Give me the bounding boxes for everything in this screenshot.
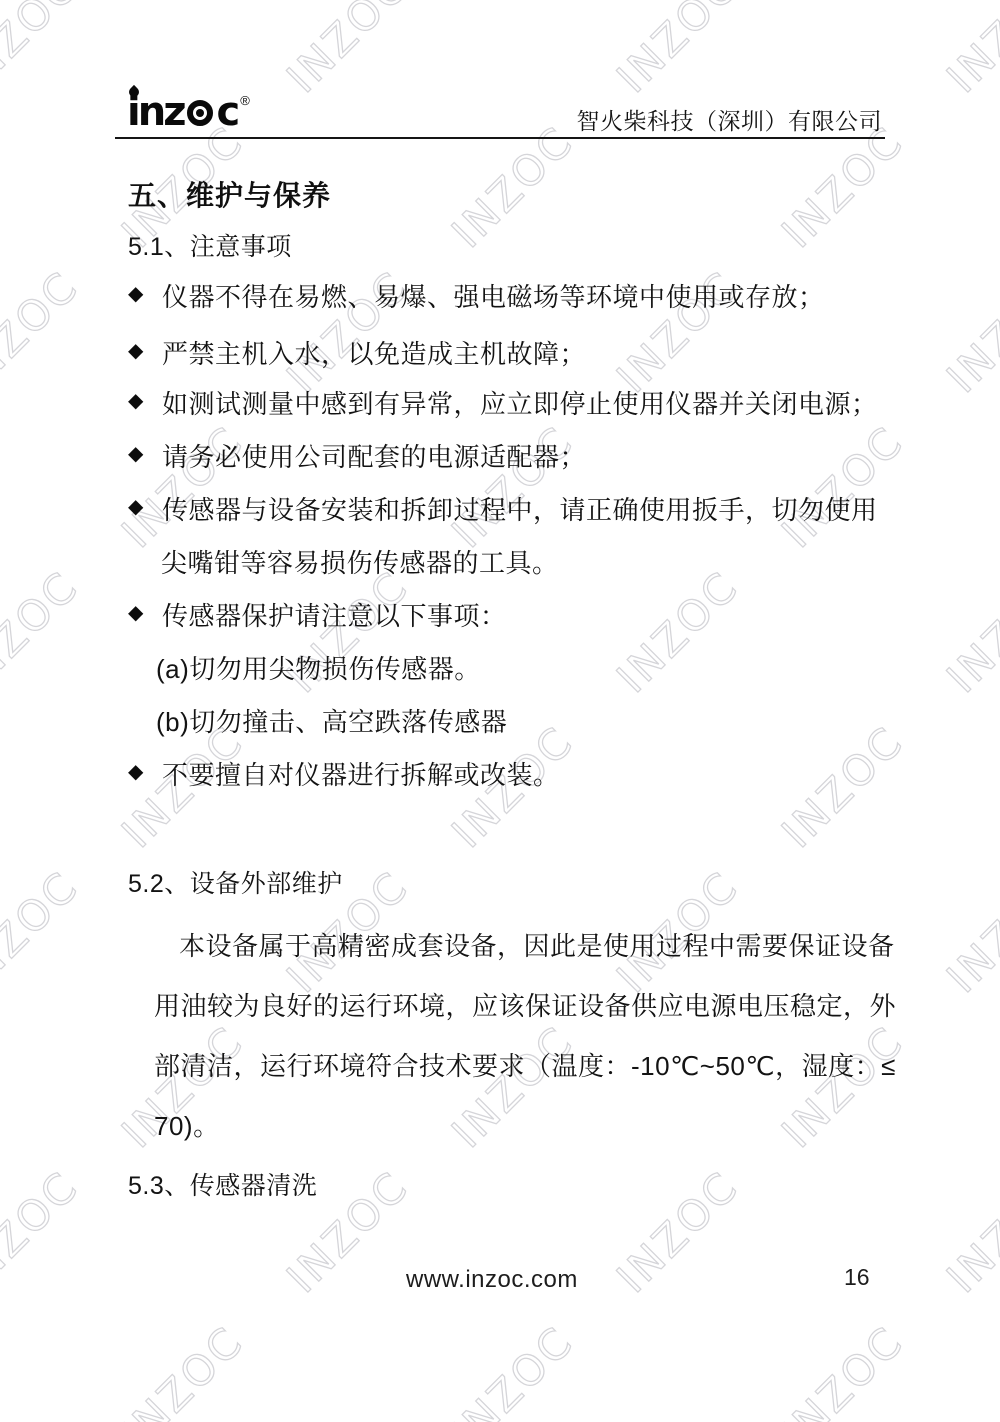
diamond-bullet-icon: ◆ bbox=[128, 384, 162, 413]
diamond-bullet-icon: ◆ bbox=[128, 437, 162, 466]
section-title: 五、维护与保养 bbox=[128, 174, 331, 214]
paragraph-line: 本设备属于高精密成套设备，因此是使用过程中需要保证设备 bbox=[179, 926, 895, 963]
target-circle-icon bbox=[187, 100, 213, 126]
bullet-text: 传感器保护请注意以下事项： bbox=[162, 596, 507, 633]
bullet-item: ◆ 仪器不得在易燃、易爆、强电磁场等环境中使用或存放； bbox=[128, 277, 825, 314]
subsection-5-3-title: 5.3、传感器清洗 bbox=[128, 1166, 317, 1202]
paragraph-line: 70)。 bbox=[154, 1106, 220, 1143]
inzoc-logo: inz c ® bbox=[127, 94, 250, 129]
diamond-bullet-icon: ◆ bbox=[128, 596, 162, 625]
subsection-5-2-title: 5.2、设备外部维护 bbox=[128, 864, 343, 900]
logo-text-right: c bbox=[216, 95, 237, 129]
bullet-text: 请务必使用公司配套的电源适配器； bbox=[162, 437, 586, 474]
bullet-text: 仪器不得在易燃、易爆、强电磁场等环境中使用或存放； bbox=[162, 277, 825, 314]
bullet-text: 不要擅自对仪器进行拆解或改装。 bbox=[162, 755, 560, 792]
bullet-item: ◆ 不要擅自对仪器进行拆解或改装。 bbox=[128, 755, 560, 792]
paragraph-line: 用油较为良好的运行环境，应该保证设备供应电源电压稳定，外 bbox=[154, 986, 896, 1023]
bullet-item: ◆ 如测试测量中感到有异常，应立即停止使用仪器并关闭电源； bbox=[128, 384, 878, 421]
bullet-text: 严禁主机入水，以免造成主机故障； bbox=[162, 334, 586, 371]
paragraph-line: 部清洁，运行环境符合技术要求（温度：-10℃~50℃，湿度：≤ bbox=[154, 1046, 896, 1083]
bullet-item: ◆ 传感器保护请注意以下事项： bbox=[128, 596, 507, 633]
logo-text-left: inz bbox=[127, 95, 183, 129]
bullet-text-continuation: 尖嘴钳等容易损伤传感器的工具。 bbox=[161, 543, 559, 580]
page-number: 16 bbox=[844, 1264, 870, 1291]
bullet-item: ◆ 严禁主机入水，以免造成主机故障； bbox=[128, 334, 586, 371]
header-divider bbox=[115, 137, 885, 139]
company-name: 智火柴科技（深圳）有限公司 bbox=[577, 103, 883, 136]
diamond-bullet-icon: ◆ bbox=[128, 277, 162, 306]
sub-item-a: (a)切勿用尖物损伤传感器。 bbox=[156, 649, 481, 686]
diamond-bullet-icon: ◆ bbox=[128, 755, 162, 784]
footer-website: www.inzoc.com bbox=[406, 1266, 578, 1294]
sub-item-b: (b)切勿撞击、高空跌落传感器 bbox=[156, 702, 507, 739]
diamond-bullet-icon: ◆ bbox=[128, 334, 162, 363]
bullet-text: 如测试测量中感到有异常，应立即停止使用仪器并关闭电源； bbox=[162, 384, 878, 421]
manual-page: INZOC INZOC inz c ® 智火柴科技（深圳）有限公司 五、维护与保… bbox=[0, 0, 1000, 1422]
bullet-item: ◆ 请务必使用公司配套的电源适配器； bbox=[128, 437, 586, 474]
registered-trademark-symbol: ® bbox=[240, 94, 250, 107]
diamond-bullet-icon: ◆ bbox=[128, 490, 162, 519]
subsection-5-1-title: 5.1、注意事项 bbox=[128, 227, 292, 263]
bullet-text: 传感器与设备安装和拆卸过程中，请正确使用扳手，切勿使用 bbox=[162, 490, 878, 527]
bullet-item: ◆ 传感器与设备安装和拆卸过程中，请正确使用扳手，切勿使用 bbox=[128, 490, 878, 527]
